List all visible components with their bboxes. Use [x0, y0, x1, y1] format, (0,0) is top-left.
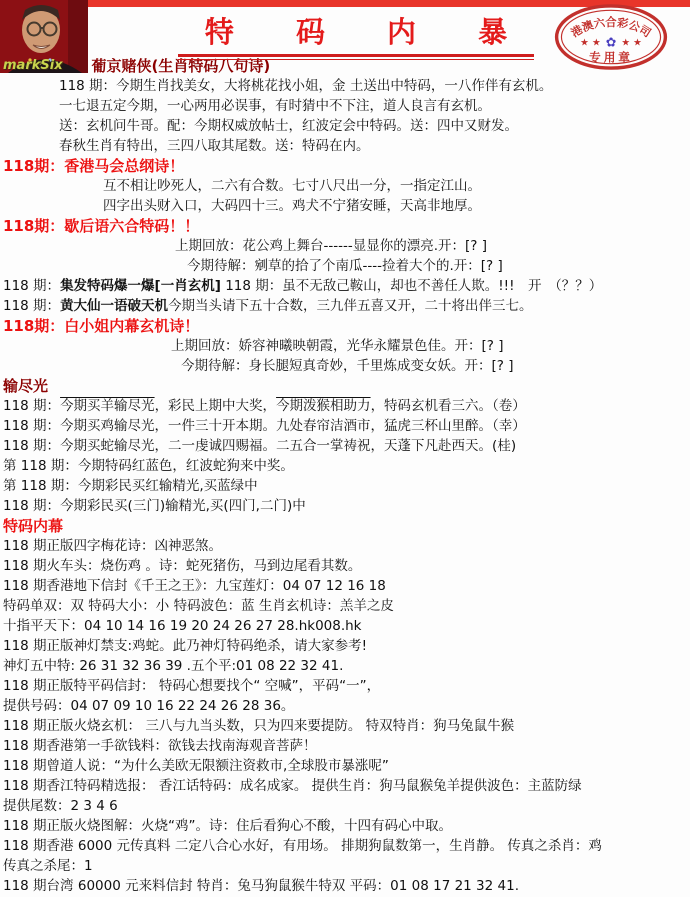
text-segment: 集发特码爆一爆[一肖玄机] — [60, 278, 221, 294]
text-line: 118 期正版特平码信封： 特码心想要找个“ 空喊”，平码“一”， — [3, 676, 690, 696]
text-line: 提供号码：04 07 09 10 16 22 24 26 28 36。 — [3, 696, 690, 716]
text-line: 118 期：今期生肖找美女，大将桃花找小姐，金 土送出中特码，一八作伴有玄机。 — [59, 76, 690, 96]
text-segment: 今期待解：剜草的拾了个南瓜----捡着大个的.开：[? ] — [187, 258, 503, 274]
text-segment: 118期：歇后语六合特码！！ — [3, 217, 199, 235]
stamp-seal-graphic: 港澳六合彩公司 ★ ★ ✿ ★ ★ 专用章 — [552, 3, 670, 71]
text-segment: 传真之杀尾：1 — [3, 858, 93, 874]
text-segment: 118 期：今期生肖找美女，大将桃花找小姐，金 土送出中特码，一八作伴有玄机。 — [59, 78, 552, 94]
text-segment: 118 期香江特码精选报： 香江话特码：成名成家。 提供生肖：狗马鼠猴兔羊提供波… — [3, 778, 582, 794]
text-segment: 互不相让吵死人，二六有合数。七寸八尺出一分，一指定江山。 — [103, 178, 481, 194]
title-underline-thin — [178, 59, 534, 60]
text-line: 今期待解：剜草的拾了个南瓜----捡着大个的.开：[? ] — [187, 256, 690, 276]
text-line: 118 期：黄大仙一语破天机今期当头请下五十合数，三九伴五喜又开，二十将出伴三七… — [3, 296, 690, 316]
text-segment: 118 期香港地下信封《千王之王》：九宝莲灯：04 07 12 16 18 — [3, 578, 386, 594]
text-segment: 十指平天下：04 10 14 16 19 20 24 26 27 28.hk00… — [3, 618, 362, 634]
text-segment: 神灯五中特: 26 31 32 36 39 .五个平:01 08 22 32 4… — [3, 658, 343, 674]
text-line: 送：玄机问牛哥。配：今期权威放帖士，红波定会中特码。送：四中又财发。 — [59, 116, 690, 136]
stamp-stars-left: ★ ★ — [580, 38, 601, 49]
text-segment: 118 期正版火烧图解：火烧“鸡”。诗：住后看狗心不酸，十四有码心中取。 — [3, 818, 452, 834]
section-header: 118期：歇后语六合特码！！ — [3, 216, 690, 236]
page-title: 特 码 内 暴 — [178, 10, 534, 51]
text-line: 118 期台湾 60000 元来料信封 特肖：兔马狗鼠猴牛特双 平码：01 08… — [3, 876, 690, 896]
text-line: 传真之杀尾：1 — [3, 856, 690, 876]
text-segment: 上期回放：娇容神曦映朝霞，光华永耀景色佳。开：[? ] — [171, 338, 504, 354]
text-segment: 今期泼猴相助力 — [276, 398, 371, 414]
text-line: 上期回放：花公鸡上舞台------显显你的漂亮.开：[? ] — [175, 236, 690, 256]
text-line: 十指平天下：04 10 14 16 19 20 24 26 27 28.hk00… — [3, 616, 690, 636]
text-segment: 118 期台湾 60000 元来料信封 特肖：兔马狗鼠猴牛特双 平码：01 08… — [3, 878, 519, 894]
text-line: 118 期：集发特码爆一爆[一肖玄机] 118 期：虽不无敌己鞍山，却也不善任人… — [3, 276, 690, 296]
text-segment: 118 期：今期彩民买(三门)输精光,买(四门,二门)中 — [3, 498, 306, 514]
text-segment: 一七退五定今期，一心两用必误事，有时猜中不下注，道人良言有玄机。 — [59, 98, 491, 114]
page-title-block: 特 码 内 暴 — [178, 10, 534, 60]
text-line: 118 期火车头：烧伤鸡 。诗：蛇死猪伤，马到边尾看其数。 — [3, 556, 690, 576]
text-segment: 118 期：今期买蛇输尽光，二一虔诚四赐福。二五合一掌祷祝，天蓬下凡赴西天。(桂… — [3, 438, 516, 454]
text-segment: 118 期： — [3, 298, 60, 314]
text-line: 上期回放：娇容神曦映朝霞，光华永耀景色佳。开：[? ] — [171, 336, 690, 356]
text-segment: 118 期香港 6000 元传真料 二定八合心水好，有用场。 排期狗鼠数第一，生… — [3, 838, 602, 854]
text-line: 118 期正版火烧图解：火烧“鸡”。诗：住后看狗心不酸，十四有码心中取。 — [3, 816, 690, 836]
section-header: 输尽光 — [3, 376, 690, 396]
text-segment: 118 期火车头：烧伤鸡 。诗：蛇死猪伤，马到边尾看其数。 — [3, 558, 361, 574]
text-segment: 今期买羊输尽光 — [60, 398, 155, 414]
marksix-logo-text: markSix — [3, 58, 63, 73]
text-line: 118 期香港地下信封《千王之王》：九宝莲灯：04 07 12 16 18 — [3, 576, 690, 596]
text-segment: 四字出头财入口，大码四十三。鸡犬不宁猪安睡，天高非地厚。 — [103, 198, 481, 214]
text-segment: 118 期：今期买鸡输尽光，一件三十开本期。九处春帘洁酒市，猛虎三杯山里醉。（幸… — [3, 418, 526, 434]
text-segment: ，彩民上期中大奖， — [155, 398, 277, 414]
title-underline-thick — [178, 54, 534, 57]
text-line: 118 期香港 6000 元传真料 二定八合心水好，有用场。 排期狗鼠数第一，生… — [3, 836, 690, 856]
text-line: 四字出头财入口，大码四十三。鸡犬不宁猪安睡，天高非地厚。 — [103, 196, 690, 216]
text-line: 118 期：今期买羊输尽光，彩民上期中大奖，今期泼猴相助力，特码玄机看三六。（卷… — [3, 396, 690, 416]
text-line: 今期待解：身长腿短真奇妙，千里炼成变女妖。开：[? ] — [181, 356, 690, 376]
text-segment: ，特码玄机看三六。（卷） — [371, 398, 526, 414]
text-segment: 118 期： — [3, 278, 60, 294]
text-segment: 118 期正版火烧玄机： 三八与九当头数，只为四来要提防。 特双特肖：狗马兔鼠牛… — [3, 718, 514, 734]
stamp-bottom-text: 专用章 — [589, 50, 633, 64]
text-line: 118 期正版神灯禁支:鸡蛇。此乃神灯特码绝杀，请大家参考! — [3, 636, 690, 656]
text-line: 118 期香江特码精选报： 香江话特码：成名成家。 提供生肖：狗马鼠猴兔羊提供波… — [3, 776, 690, 796]
text-line: 118 期正版火烧玄机： 三八与九当头数，只为四来要提防。 特双特肖：狗马兔鼠牛… — [3, 716, 690, 736]
text-line: 118 期：今期彩民买(三门)输精光,买(四门,二门)中 — [3, 496, 690, 516]
text-line: 神灯五中特: 26 31 32 36 39 .五个平:01 08 22 32 4… — [3, 656, 690, 676]
text-line: 互不相让吵死人，二六有合数。七寸八尺出一分，一指定江山。 — [103, 176, 690, 196]
svg-text:★ ★ ✿ ★ ★: ★ ★ ✿ ★ ★ — [580, 35, 642, 50]
stamp-flower-icon: ✿ — [606, 35, 617, 50]
text-segment: 第 118 期：今期彩民买红输精光,买蓝绿中 — [3, 478, 258, 494]
text-segment: 输尽光 — [3, 377, 48, 395]
text-segment: 118 期香港第一手欲钱料：欲钱去找南海观音菩萨！ — [3, 738, 317, 754]
tip-sheet: markSix 特 码 内 暴 港澳六合彩公司 ★ ★ ✿ ★ ★ 专用章 11… — [0, 0, 690, 897]
content-lines: 118 葡京赌侠(生肖特码八句诗)118 期：今期生肖找美女，大将桃花找小姐，金… — [3, 56, 690, 896]
text-segment: 118期：白小姐内幕玄机诗！ — [3, 317, 199, 335]
stamp-stars-right: ★ ★ — [621, 38, 642, 49]
text-segment: 黄大仙一语破天机 — [60, 298, 168, 314]
text-segment: 118 期正版四字梅花诗：凶神恶煞。 — [3, 538, 222, 554]
section-header: 118期：白小姐内幕玄机诗！ — [3, 316, 690, 336]
text-segment: 118 期：虽不无敌己鞍山，却也不善任人欺。!!! 开 （？？） — [221, 278, 602, 294]
text-line: 118 期：今期买鸡输尽光，一件三十开本期。九处春帘洁酒市，猛虎三杯山里醉。（幸… — [3, 416, 690, 436]
text-line: 第 118 期：今期特码红蓝色，红波蛇狗来中奖。 — [3, 456, 690, 476]
text-segment: 送：玄机问牛哥。配：今期权威放帖士，红波定会中特码。送：四中又财发。 — [59, 118, 518, 134]
text-line: 第 118 期：今期彩民买红输精光,买蓝绿中 — [3, 476, 690, 496]
text-segment: 特码单双：双 特码大小：小 特码波色：蓝 生肖玄机诗：羔羊之皮 — [3, 598, 394, 614]
section-header: 特码内幕 — [3, 516, 690, 536]
text-segment: 118 期： — [3, 398, 60, 414]
text-segment: 特码内幕 — [3, 517, 63, 535]
text-line: 春秋生肖有特出，三四八取其尾数。送：特码在内。 — [59, 136, 690, 156]
text-segment: 今期当头请下五十合数，三九伴五喜又开，二十将出伴三七。 — [168, 298, 533, 314]
text-segment: 第 118 期：今期特码红蓝色，红波蛇狗来中奖。 — [3, 458, 294, 474]
text-segment: 118期：香港马会总纲诗！ — [3, 157, 184, 175]
text-line: 118 期香港第一手欲钱料：欲钱去找南海观音菩萨！ — [3, 736, 690, 756]
text-line: 118 期曾道人说：“为什么美欧无限额注资救市,全球股市暴涨呢” — [3, 756, 690, 776]
text-segment: 118 期曾道人说：“为什么美欧无限额注资救市,全球股市暴涨呢” — [3, 758, 389, 774]
text-segment: 今期待解：身长腿短真奇妙，千里炼成变女妖。开：[? ] — [181, 358, 514, 374]
text-line: 提供尾数：2 3 4 6 — [3, 796, 690, 816]
text-segment: 上期回放：花公鸡上舞台------显显你的漂亮.开：[? ] — [175, 238, 487, 254]
text-line: 特码单双：双 特码大小：小 特码波色：蓝 生肖玄机诗：羔羊之皮 — [3, 596, 690, 616]
text-segment: 提供号码：04 07 09 10 16 22 24 26 28 36。 — [3, 698, 294, 714]
text-segment: 春秋生肖有特出，三四八取其尾数。送：特码在内。 — [59, 138, 370, 154]
text-segment: 提供尾数：2 3 4 6 — [3, 798, 118, 814]
company-stamp: 港澳六合彩公司 ★ ★ ✿ ★ ★ 专用章 — [552, 3, 670, 71]
text-line: 118 期：今期买蛇输尽光，二一虔诚四赐福。二五合一掌祷祝，天蓬下凡赴西天。(桂… — [3, 436, 690, 456]
text-segment: 118 期正版特平码信封： 特码心想要找个“ 空喊”，平码“一”， — [3, 678, 380, 694]
text-line: 一七退五定今期，一心两用必误事，有时猜中不下注，道人良言有玄机。 — [59, 96, 690, 116]
text-line: 118 期正版四字梅花诗：凶神恶煞。 — [3, 536, 690, 556]
text-segment: 118 期正版神灯禁支:鸡蛇。此乃神灯特码绝杀，请大家参考! — [3, 638, 367, 654]
section-header: 118期：香港马会总纲诗！ — [3, 156, 690, 176]
portrait-photo: markSix — [0, 0, 88, 73]
